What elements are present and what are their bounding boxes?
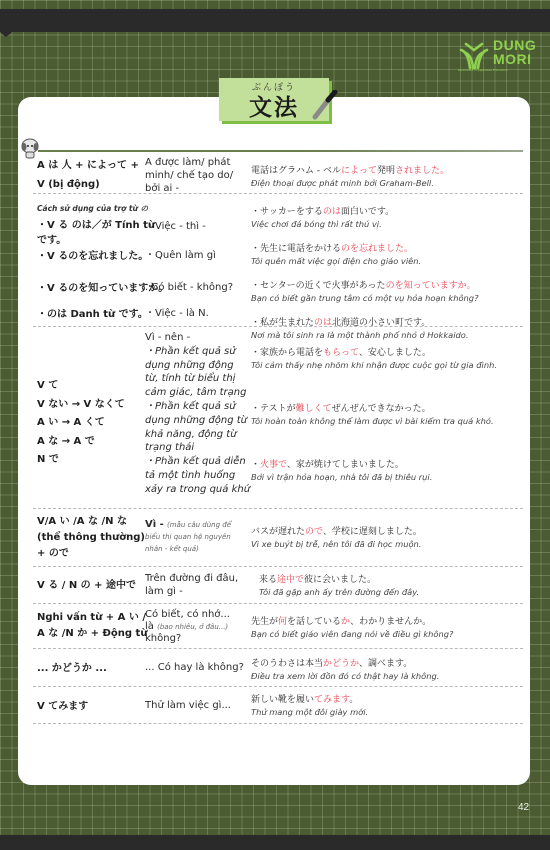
example-vi: Vì xe buýt bị trễ, nên tôi đã đi học muộ…: [251, 538, 523, 550]
meaning-text: Trên đường đi đâu,: [145, 572, 257, 585]
highlighted-grammar: のを知っていますか。: [386, 281, 476, 291]
example-cell: 新しい靴を履いてみます。 Thử mang một đôi giày mới.: [251, 694, 523, 718]
meaning-text: ・Việc - là N.: [145, 307, 257, 320]
meaning-bullet: khả năng, động từ: [145, 428, 257, 442]
example-vi: Bởi vì trận hỏa hoạn, nhà tôi đã bị thiê…: [251, 471, 523, 483]
meaning-text: ・Quên làm gì: [145, 249, 257, 262]
grammar-row: A は 人 + によって + V (bị động) A được làm/ p…: [33, 156, 523, 194]
sentence-segment: 彼に会いました。: [304, 575, 376, 585]
grammar-row: Nghi vấn từ + A い / A な /N か + Động từ C…: [33, 605, 523, 649]
sentence-segment: ・: [251, 460, 260, 470]
example-vi: Bạn có biết gần trung tâm có một vụ hỏa …: [251, 292, 523, 304]
grammar-row: ... かどうか ... ... Có hay là không? そのうわさは…: [33, 650, 523, 687]
usage-note: Cách sử dụng của trợ từ の: [37, 203, 148, 214]
example-cell: バスが遅れたので、学校に遅刻しました。 Vì xe buýt bị trễ, n…: [251, 526, 523, 550]
sentence-segment: バスが遅れた: [251, 527, 305, 537]
example-jp: ・センターの近くで火事があったのを知っていますか。: [251, 280, 523, 292]
highlighted-grammar: 火事で: [260, 460, 287, 470]
example-vi: Tôi đã gặp anh ấy trên đường đến đây.: [259, 586, 531, 598]
sentence-segment: ぜんぜんできなかった。: [332, 404, 431, 414]
highlighted-grammar: のを忘れました。: [341, 244, 413, 254]
meaning-text: Có biết, có nhớ...: [145, 609, 257, 621]
example-jp: 新しい靴を履いてみます。: [251, 694, 523, 706]
pattern-cell: V/A い /A な /N な (thể thông thường) + ので: [37, 514, 152, 562]
meaning-bullet: dụng những động từ: [145, 414, 257, 428]
pattern-text: A い → A くて: [37, 414, 145, 433]
logo-line2: MORI: [493, 51, 532, 67]
meaning-text: ... Có hay là không?: [145, 661, 257, 674]
meaning-bullet: từ, tính từ biểu thị: [145, 372, 257, 386]
highlighted-grammar: もらって: [323, 348, 359, 358]
bottom-toolbar: [0, 835, 550, 850]
example-jp: 来る途中で彼に会いました。: [259, 574, 531, 586]
sentence-segment: 、わかりませんか。: [350, 617, 431, 627]
dungmori-logo: DUNG MORI Dedicated to Japanese Educatio…: [458, 38, 543, 74]
pattern-cell: Nghi vấn từ + A い / A な /N か + Động từ: [37, 610, 152, 642]
meaning-cell: ・Việc - thì - ・Quên làm gì . Có biết - k…: [145, 220, 257, 320]
pattern-text: + ので: [37, 546, 152, 562]
example-cell: 先生が何を話しているか、わかりませんか。 Bạn có biết giáo vi…: [251, 616, 523, 640]
example-cell: ・サッカーをするのは面白いです。 Việc chơi đá bóng thì r…: [251, 206, 523, 341]
meaning-bullet: dụng những động: [145, 359, 257, 373]
meaning-text: không?: [145, 633, 257, 645]
example-jp: そのうわさは本当かどうか、調べます。: [251, 658, 523, 670]
pattern-text: V て: [37, 377, 145, 396]
pattern-text: ・V るのを知っていますか。: [37, 281, 155, 296]
meaning-bullet: ・Phần kết quả sử: [145, 400, 257, 414]
meaning-text: Vì -: [145, 519, 164, 530]
meaning-text: . Có biết - không?: [145, 281, 257, 294]
sentence-segment: そのうわさは本当: [251, 659, 323, 669]
pattern-text: ・V る のは／が Tính từ: [37, 218, 155, 233]
meaning-cell: Thử làm việc gì...: [145, 699, 257, 712]
sentence-segment: 。: [349, 695, 358, 705]
sentence-segment: ・私が生まれた: [251, 318, 314, 328]
sentence-segment: 、学校に遅刻しました。: [323, 527, 422, 537]
pattern-text: A な → A で: [37, 433, 145, 452]
pattern-cell: A は 人 + によって + V (bị động): [37, 158, 145, 192]
sentence-segment: 面白いです。: [341, 207, 394, 217]
highlighted-grammar: のは: [323, 207, 341, 217]
sentence-segment: 、調べます。: [359, 659, 412, 669]
sentence-segment: 来る: [259, 575, 277, 585]
logo-wordmark: DUNG MORI: [493, 38, 536, 66]
example-cell: そのうわさは本当かどうか、調べます。 Điều tra xem lời đồn …: [251, 658, 523, 682]
meaning-bullet: xảy ra trong quá khứ: [145, 483, 257, 497]
meaning-bullet: tả một tình huống: [145, 469, 257, 483]
example-jp: ・テストが難しくてぜんぜんできなかった。: [251, 403, 523, 415]
meaning-cell: A được làm/ phát minh/ chế tạo do/ bởi a…: [145, 156, 257, 195]
example-vi: Tôi hoàn toàn không thể làm được vì bài …: [251, 415, 523, 427]
pattern-text: N で: [37, 451, 145, 470]
pattern-text: A な /N か + Động từ: [37, 626, 152, 642]
sentence-segment: ・家族から電話を: [251, 348, 323, 358]
sentence-segment: を話している: [287, 617, 341, 627]
example-jp: ・火事で、家が焼けてしまいました。: [251, 459, 523, 471]
example-vi: Điện thoại được phát minh bởi Graham-Bel…: [251, 177, 523, 189]
meaning-cell: ... Có hay là không?: [145, 661, 257, 674]
sentence-segment: 、家が焼けてしまいました。: [287, 460, 404, 470]
example-cell: ・家族から電話をもらって、安心しました。 Tôi cảm thấy nhẹ nh…: [251, 347, 523, 483]
pattern-text: V る / N の + 途中で: [37, 578, 145, 593]
page-number: 42: [518, 802, 529, 813]
section-title-tag: ぶんぽう 文法: [219, 78, 329, 121]
sentence-segment: 新しい靴を履い: [251, 695, 314, 705]
highlighted-grammar: されました。: [395, 166, 449, 176]
example-jp: ・家族から電話をもらって、安心しました。: [251, 347, 523, 359]
meaning-text: Vì - nên -: [145, 331, 257, 345]
example-vi: Tôi cảm thấy nhẹ nhõm khi nhận được cuộc…: [251, 359, 523, 371]
pattern-cell: V て V ない → V なくて A い → A くて A な → A で N …: [37, 377, 145, 470]
example-jp: 先生が何を話しているか、わかりませんか。: [251, 616, 523, 628]
pattern-text: ・V るのを忘れました。: [37, 249, 155, 264]
leaf-logo-icon: [458, 40, 490, 70]
pattern-text: A は 人 + によって +: [37, 158, 145, 173]
example-vi: Tôi quên mất việc gọi điện cho giáo viên…: [251, 255, 523, 267]
pattern-text: V てみます: [37, 699, 145, 714]
meaning-bullet: cảm giác, tâm trạng: [145, 386, 257, 400]
meaning-note: (mẫu câu dùng để: [167, 521, 231, 529]
example-jp: バスが遅れたので、学校に遅刻しました。: [251, 526, 523, 538]
sentence-segment: 、安心しました。: [359, 348, 431, 358]
pattern-text: ・のは Danh từ です。: [37, 307, 155, 322]
meaning-cell: Có biết, có nhớ... là (bao nhiêu, ở đâu.…: [145, 609, 257, 645]
highlighted-grammar: によって: [341, 166, 377, 176]
meaning-note: biểu thị quan hệ nguyên: [145, 533, 231, 541]
example-jp: ・サッカーをするのは面白いです。: [251, 206, 523, 218]
highlighted-grammar: 何: [278, 617, 287, 627]
sentence-segment: ・センターの近くで火事があった: [251, 281, 386, 291]
grammar-row: Cách sử dụng của trợ từ の ・V る のは／が Tính…: [33, 195, 523, 327]
meaning-text: làm gì -: [145, 585, 257, 598]
pattern-text: V ない → V なくて: [37, 396, 145, 415]
header-divider: [38, 150, 523, 152]
logo-tagline: Dedicated to Japanese Education: [458, 68, 508, 72]
sentence-segment: 先生が: [251, 617, 278, 627]
dropdown-arrow-icon[interactable]: [0, 32, 12, 37]
highlighted-grammar: ので: [305, 527, 323, 537]
grammar-row: V て V ない → V なくて A い → A くて A な → A で N …: [33, 328, 523, 509]
meaning-bullet: trạng thái: [145, 441, 257, 455]
sentence-segment: ・先生に電話をかける: [251, 244, 341, 254]
highlighted-grammar: 難しくて: [296, 404, 332, 414]
sentence-segment: ・サッカーをする: [251, 207, 323, 217]
example-vi: Việc chơi đá bóng thì rất thú vị.: [251, 218, 523, 230]
meaning-text: Thử làm việc gì...: [145, 699, 257, 712]
pattern-text: V (bị động): [37, 177, 145, 192]
sentence-segment: 北海道の小さい町です。: [332, 318, 430, 328]
meaning-text: ・Việc - thì -: [145, 220, 257, 233]
highlighted-grammar: のは: [314, 318, 332, 328]
sentence-segment: ・テストが: [251, 404, 296, 414]
highlighted-grammar: てみます: [314, 695, 349, 705]
example-jp: 電話はグラハム - ベルによって発明されました。: [251, 165, 523, 177]
example-vi: Điều tra xem lời đồn đó có thật hay là k…: [251, 670, 523, 682]
top-toolbar: [0, 9, 550, 32]
pattern-text: Nghi vấn từ + A い /: [37, 610, 152, 626]
meaning-bullet: ・Phần kết quả sử: [145, 345, 257, 359]
meaning-note: nhân - kết quả): [145, 545, 199, 553]
pattern-text: V/A い /A な /N な: [37, 514, 152, 530]
grammar-row: V てみます Thử làm việc gì... 新しい靴を履いてみます。 T…: [33, 688, 523, 724]
example-cell: 電話はグラハム - ベルによって発明されました。 Điện thoại được…: [251, 165, 523, 189]
pattern-cell: ... かどうか ...: [37, 661, 145, 676]
pattern-cell: V る / N の + 途中で: [37, 578, 145, 593]
meaning-note: (bao nhiêu, ở đâu...): [157, 623, 228, 631]
grammar-row: V る / N の + 途中で Trên đường đi đâu, làm g…: [33, 568, 523, 604]
meaning-text: A được làm/ phát: [145, 156, 257, 169]
highlighted-grammar: か: [341, 617, 350, 627]
highlighted-grammar: 途中で: [277, 575, 304, 585]
meaning-bullet: ・Phần kết quả diễn: [145, 455, 257, 469]
pattern-cell: ・V る のは／が Tính từ です。 ・V るのを忘れました。 ・V るの…: [37, 218, 155, 322]
grammar-row: V/A い /A な /N な (thể thông thường) + ので …: [33, 510, 523, 567]
sentence-segment: 電話はグラハム - ベル: [251, 166, 341, 176]
meaning-text: là: [145, 621, 154, 632]
pattern-text: ... かどうか ...: [37, 661, 145, 676]
meaning-cell: Vì - nên - ・Phần kết quả sử dụng những đ…: [145, 331, 257, 497]
marker-pen-icon: [311, 90, 341, 120]
example-jp: ・先生に電話をかけるのを忘れました。: [251, 243, 523, 255]
pattern-text: (thể thông thường): [37, 530, 152, 546]
highlighted-grammar: かどうか: [323, 659, 359, 669]
meaning-cell: Vì - (mẫu câu dùng để biểu thị quan hệ n…: [145, 519, 257, 555]
example-vi: Bạn có biết giáo viên đang nói về điều g…: [251, 628, 523, 640]
sentence-segment: 発明: [377, 166, 395, 176]
meaning-text: bởi ai -: [145, 182, 257, 195]
meaning-cell: Trên đường đi đâu, làm gì -: [145, 572, 257, 598]
meaning-text: minh/ chế tạo do/: [145, 169, 257, 182]
example-vi: Thử mang một đôi giày mới.: [251, 706, 523, 718]
pattern-cell: V てみます: [37, 699, 145, 714]
example-cell: 来る途中で彼に会いました。 Tôi đã gặp anh ấy trên đườ…: [259, 574, 531, 598]
pattern-text: です。: [37, 233, 155, 248]
